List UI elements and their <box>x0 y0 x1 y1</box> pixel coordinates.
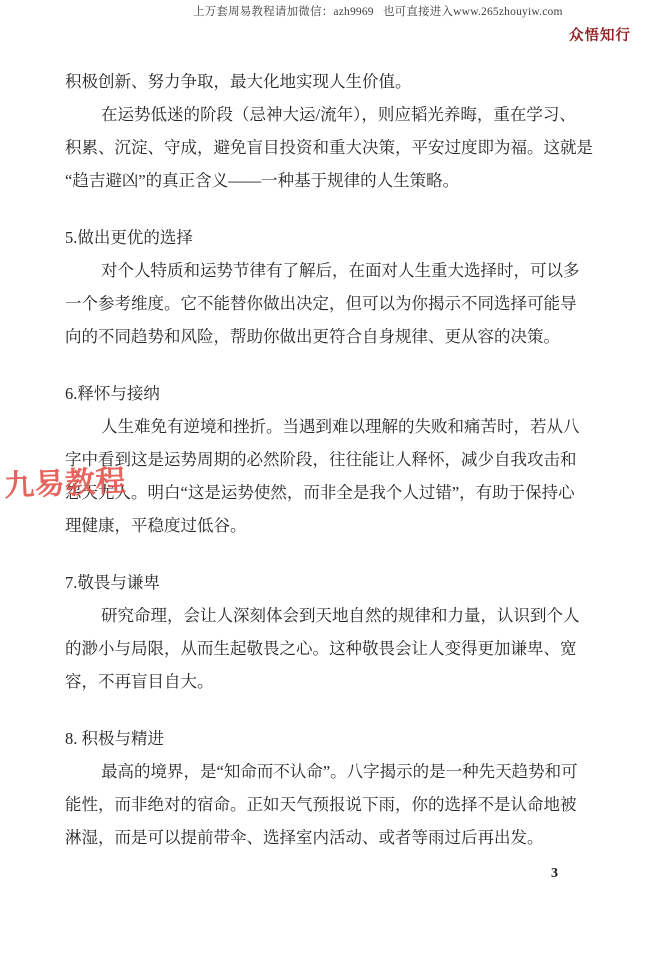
paragraph-line: 研究命理，会让人深刻体会到天地自然的规律和力量，认识到个人 <box>65 599 591 632</box>
paragraph-line: 怨天尤人。明白“这是运势使然，而非全是我个人过错”，有助于保持心 <box>65 476 591 509</box>
paragraph-line: 理健康，平稳度过低谷。 <box>65 509 591 542</box>
watermark-text: 九易教程 <box>3 456 127 505</box>
paragraph-line: “趋吉避凶”的真正含义——一种基于规律的人生策略。 <box>65 164 591 197</box>
section-heading: 7.敬畏与谦卑 <box>65 566 591 599</box>
paragraph-line: 容，不再盲目自大。 <box>65 665 591 698</box>
section-heading: 6.释怀与接纳 <box>65 377 591 410</box>
section-heading: 5.做出更优的选择 <box>65 221 591 254</box>
paragraph-line: 积极创新、努力争取，最大化地实现人生价值。 <box>65 65 591 98</box>
paragraph-line: 能性，而非绝对的宿命。正如天气预报说下雨，你的选择不是认命地被 <box>65 788 591 821</box>
paragraph-line: 一个参考维度。它不能替你做出决定，但可以为你揭示不同选择可能导 <box>65 287 591 320</box>
paragraph-line: 对个人特质和运势节律有了解后，在面对人生重大选择时，可以多 <box>65 254 591 287</box>
paragraph-line: 积累、沉淀、守成，避免盲目投资和重大决策，平安过度即为福。这就是 <box>65 131 591 164</box>
paragraph-line: 最高的境界，是“知命而不认命”。八字揭示的是一种先天趋势和可 <box>65 755 591 788</box>
paragraph-line: 在运势低迷的阶段（忌神大运/流年），则应韬光养晦，重在学习、 <box>65 98 591 131</box>
page-number: 3 <box>551 866 558 882</box>
document-body: 积极创新、努力争取，最大化地实现人生价值。 在运势低迷的阶段（忌神大运/流年），… <box>65 65 591 854</box>
header-ad-text: 上万套周易教程请加微信：azh9969 也可直接进入www.265zhouyiw… <box>193 3 563 19</box>
paragraph-line: 的渺小与局限，从而生起敬畏之心。这种敬畏会让人变得更加谦卑、宽 <box>65 632 591 665</box>
section-heading: 8. 积极与精进 <box>65 722 591 755</box>
document-page: { "page": { "banner": "上万套周易教程请加微信：azh99… <box>0 0 652 957</box>
paragraph-line: 字中看到这是运势周期的必然阶段，往往能让人释怀，减少自我攻击和 <box>65 443 591 476</box>
brand-text: 众悟知行 <box>569 24 631 45</box>
paragraph-line: 人生难免有逆境和挫折。当遇到难以理解的失败和痛苦时，若从八 <box>65 410 591 443</box>
paragraph-line: 向的不同趋势和风险，帮助你做出更符合自身规律、更从容的决策。 <box>65 320 591 353</box>
paragraph-line: 淋湿，而是可以提前带伞、选择室内活动、或者等雨过后再出发。 <box>65 821 591 854</box>
